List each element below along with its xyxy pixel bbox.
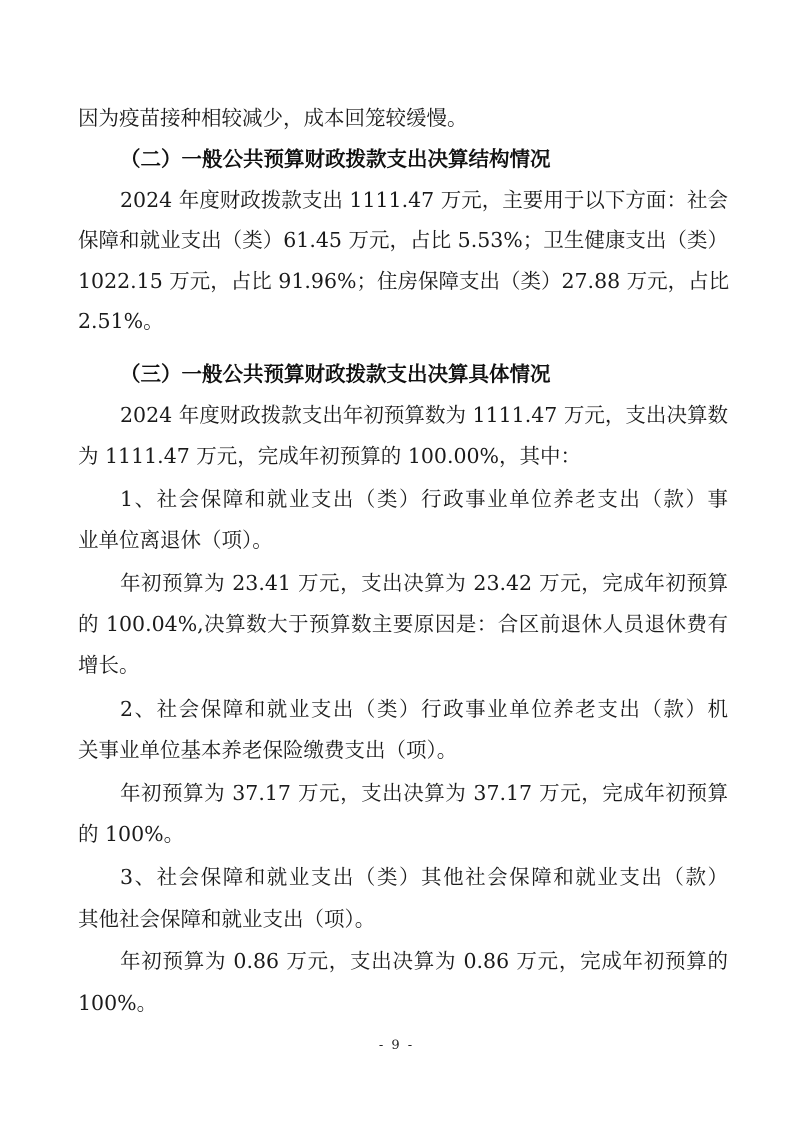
- page-number: - 9 -: [0, 1038, 793, 1053]
- item-title-line: 业单位离退休（项）。: [78, 525, 728, 555]
- item-title-line: 3、社会保障和就业支出（类）其他社会保障和就业支出（款）: [120, 862, 728, 892]
- paragraph-line: 2.51%。: [78, 306, 728, 336]
- section-heading-details: （三）一般公共预算财政拨款支出决算具体情况: [120, 359, 551, 389]
- item-title-line: 2、社会保障和就业支出（类）行政事业单位养老支出（款）机: [120, 694, 728, 724]
- item-title-line: 1、社会保障和就业支出（类）行政事业单位养老支出（款）事: [120, 484, 728, 514]
- paragraph-line: 2024 年度财政拨款支出 1111.47 万元，主要用于以下方面：社会: [120, 185, 728, 215]
- item-detail-line: 年初预算为 23.41 万元，支出决算为 23.42 万元，完成年初预算: [120, 568, 728, 598]
- continuation-line: 因为疫苗接种相较减少，成本回笼较缓慢。: [78, 103, 728, 133]
- item-title-line: 其他社会保障和就业支出（项）。: [78, 904, 728, 934]
- item-detail-line: 的 100.04%,决算数大于预算数主要原因是：合区前退休人员退休费有: [78, 609, 728, 639]
- item-title-line: 关事业单位基本养老保险缴费支出（项）。: [78, 735, 728, 765]
- item-detail-line: 增长。: [78, 650, 728, 680]
- item-detail-line: 年初预算为 37.17 万元，支出决算为 37.17 万元，完成年初预算: [120, 778, 728, 808]
- paragraph-line: 保障和就业支出（类）61.45 万元，占比 5.53%；卫生健康支出（类）: [78, 225, 728, 255]
- paragraph-line: 1022.15 万元，占比 91.96%；住房保障支出（类）27.88 万元，占…: [78, 266, 728, 296]
- item-detail-line: 100%。: [78, 988, 728, 1018]
- item-detail-line: 年初预算为 0.86 万元，支出决算为 0.86 万元，完成年初预算的: [120, 946, 728, 976]
- item-detail-line: 的 100%。: [78, 819, 728, 849]
- document-page: 因为疫苗接种相较减少，成本回笼较缓慢。 （二）一般公共预算财政拨款支出决算结构情…: [0, 0, 793, 1122]
- paragraph-line: 为 1111.47 万元，完成年初预算的 100.00%，其中：: [78, 441, 728, 471]
- paragraph-line: 2024 年度财政拨款支出年初预算数为 1111.47 万元，支出决算数: [120, 400, 728, 430]
- section-heading-structure: （二）一般公共预算财政拨款支出决算结构情况: [120, 144, 551, 174]
